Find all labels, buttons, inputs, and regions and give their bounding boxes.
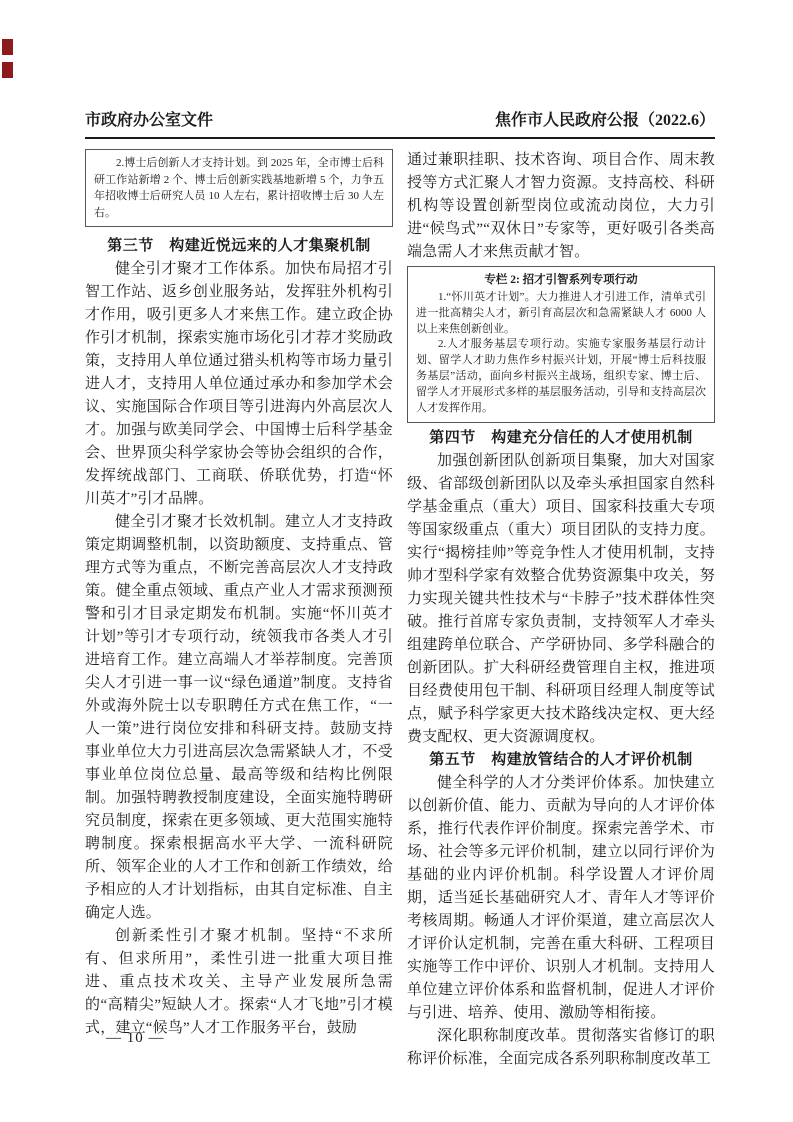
- paragraph: 健全引才聚才工作体系。加快布局招才引智工作站、返乡创业服务站，发挥驻外机构引才作…: [85, 258, 393, 511]
- right-column: 通过兼职挂职、技术咨询、项目合作、周末教授等方式汇聚人才智力资源。支持高校、科研…: [407, 149, 715, 1071]
- running-header: 市政府办公室文件 焦作市人民政府公报（2022.6）: [85, 110, 715, 132]
- left-column: 2.博士后创新人才支持计划。到 2025 年，全市博士后科研工作站新增 2 个、…: [85, 149, 393, 1071]
- header-rule: [85, 137, 715, 139]
- section-3-heading: 第三节 构建近悦远来的人才集聚机制: [85, 235, 393, 258]
- feature-box-item: 1.“怀川英才计划”。大力推进人才引进工作，清单式引进一批高精尖人才，新引育高层…: [416, 290, 706, 337]
- feature-box-item: 2.人才服务基层专项行动。实施专家服务基层行动计划、留学人才助力焦作乡村振兴计划…: [416, 337, 706, 416]
- paragraph: 深化职称制度改革。贯彻落实省修订的职称评价标准，全面完成各系列职称制度改革工: [407, 1025, 715, 1071]
- red-scan-mark: [2, 62, 13, 78]
- paragraph: 创新柔性引才聚才机制。坚持“不求所有、但求所用”，柔性引进一批重大项目推进、重点…: [85, 925, 393, 1040]
- page-content: 市政府办公室文件 焦作市人民政府公报（2022.6） 2.博士后创新人才支持计划…: [85, 110, 715, 1071]
- two-column-body: 2.博士后创新人才支持计划。到 2025 年，全市博士后科研工作站新增 2 个、…: [85, 149, 715, 1071]
- page-number: — 10 —: [106, 1030, 165, 1047]
- paragraph: 健全科学的人才分类评价体系。加快建立以创新价值、能力、贡献为导向的人才评价体系，…: [407, 772, 715, 1025]
- header-right-title: 焦作市人民政府公报（2022.6）: [495, 110, 715, 132]
- section-5-heading: 第五节 构建放管结合的人才评价机制: [407, 749, 715, 772]
- red-scan-mark: [2, 39, 13, 55]
- paragraph: 加强创新团队创新项目集聚，加大对国家级、省部级创新团队以及牵头承担国家自然科学基…: [407, 450, 715, 749]
- paragraph: 健全引才聚才长效机制。建立人才支持政策定期调整机制，以资助额度、支持重点、管理方…: [85, 511, 393, 925]
- note-box: 2.博士后创新人才支持计划。到 2025 年，全市博士后科研工作站新增 2 个、…: [85, 149, 393, 227]
- paragraph-continuation: 通过兼职挂职、技术咨询、项目合作、周末教授等方式汇聚人才智力资源。支持高校、科研…: [407, 149, 715, 264]
- section-4-heading: 第四节 构建充分信任的人才使用机制: [407, 427, 715, 450]
- feature-box-title: 专栏 2: 招才引智系列专项行动: [416, 271, 706, 290]
- feature-box-column2: 专栏 2: 招才引智系列专项行动 1.“怀川英才计划”。大力推进人才引进工作，清…: [407, 266, 715, 423]
- header-left-title: 市政府办公室文件: [85, 110, 213, 132]
